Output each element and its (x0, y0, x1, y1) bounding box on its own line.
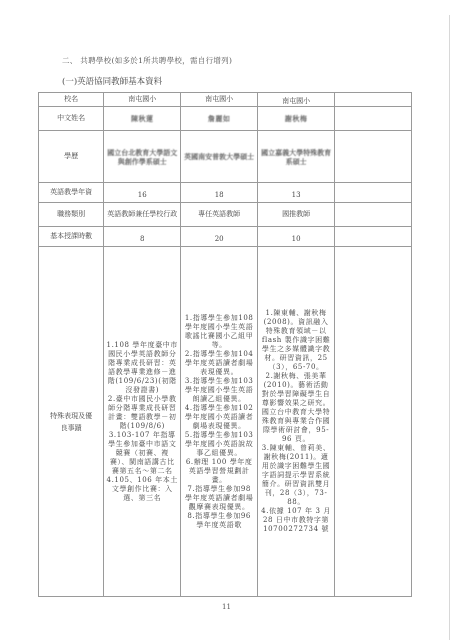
cell-achievements-2: 1.指導學生參加108 學年度國小學生英語歌謠比賽國小乙組甲等。 2.指導學生參… (181, 247, 258, 597)
cell-position-4 (335, 203, 412, 227)
achievement-item: 5.指導學生參加103 學年度國小英語說故事乙組優異。 (183, 431, 255, 458)
achievement-item: 3.指導學生參加103 學年度國小學生英語朗讀乙組優異。 (183, 377, 255, 404)
achievement-item: 1.陳東輔、謝秋梅(2008)。資訊融入特殊教育領域－以flash 製作識字困難… (260, 309, 332, 372)
row-school: 校名 南屯國小 南屯國小 南屯國小 (39, 93, 412, 107)
row-education: 學歷 國立台北教育大學語文與創作學系碩士 英國南安普敦大學碩士 國立嘉義大學特殊… (39, 131, 412, 183)
cell-hours-2: 20 (181, 227, 258, 247)
achievement-item: 1.指導學生參加108 學年度國小學生英語歌謠比賽國小乙組甲等。 (183, 314, 255, 350)
cell-school-1: 南屯國小 (104, 93, 181, 107)
cell-years-4 (335, 183, 412, 203)
cell-education-2: 英國南安普敦大學碩士 (181, 131, 258, 183)
teacher-info-table: 校名 南屯國小 南屯國小 南屯國小 中文姓名 陳秋蓮 詹麗如 謝秋梅 學歷 國立… (38, 92, 412, 597)
cell-position-1: 英語教師兼任學校行政 (104, 203, 181, 227)
achievement-item: 4.指導學生參加102 學年度國小英語讀者劇場表現優異。 (183, 404, 255, 431)
achievement-item: 6.辦理 100 學年度英語學習營規劃計畫。 (183, 458, 255, 485)
cell-school-3: 南屯國小 (258, 93, 335, 107)
achievement-item: 2.謝秋梅、張美華(2010)。藝術活動對於學習障礙學生自尊影響效果之研究。國立… (260, 372, 332, 444)
cell-achievements-4 (335, 247, 412, 597)
achievement-item: 3.陳東輔、曾莉美、謝秋梅(2011)。適用於識字困難學生國字語詞提示學習系統簡… (260, 444, 332, 507)
cell-hours-4 (335, 227, 412, 247)
cell-name-4 (335, 107, 412, 131)
label-achievements: 特殊表現及優良事蹟 (39, 247, 104, 597)
cell-education-4 (335, 131, 412, 183)
cell-name-2: 詹麗如 (181, 107, 258, 131)
achievement-item: 4.105、106 年本土文學創作比賽：入選、第三名 (106, 476, 178, 503)
row-achievements: 特殊表現及優良事蹟 1.108 學年度臺中市國民小學英語教師分階專業成長研習：英… (39, 247, 412, 597)
row-hours: 基本授課時數 8 20 10 (39, 227, 412, 247)
cell-years-1: 16 (104, 183, 181, 203)
row-name: 中文姓名 陳秋蓮 詹麗如 謝秋梅 (39, 107, 412, 131)
cell-position-2: 專任英語教師 (181, 203, 258, 227)
section-heading: 二、 共聘學校(如多於1所共聘學校，需自行增列) (62, 55, 232, 66)
cell-achievements-1: 1.108 學年度臺中市國民小學英語教師分階專業成長研習：英語教學專業進修－進階… (104, 247, 181, 597)
label-education: 學歷 (39, 131, 104, 183)
cell-name-3: 謝秋梅 (258, 107, 335, 131)
label-years: 英語教學年資 (39, 183, 104, 203)
cell-years-2: 18 (181, 183, 258, 203)
row-position: 職務類別 英語教師兼任學校行政 專任英語教師 國推教師 (39, 203, 412, 227)
cell-name-1: 陳秋蓮 (104, 107, 181, 131)
cell-years-3: 13 (258, 183, 335, 203)
page-edge-rule (449, 15, 450, 640)
cell-position-3: 國推教師 (258, 203, 335, 227)
cell-school-4 (335, 93, 412, 107)
sub-heading: (一)英語協同教師基本資料 (62, 75, 162, 87)
label-name: 中文姓名 (39, 107, 104, 131)
achievement-item: 2.臺中市國民小學教師分階專業成長研習計畫：雙語教學－初階(109/8/6) (106, 395, 178, 431)
label-school: 校名 (39, 93, 104, 107)
achievement-item: 3.103-107 年指導學生參加臺中市語文競賽（初賽、複賽）、閩南語講古比賽第… (106, 431, 178, 476)
achievement-item: 7.指導學生參加98 學年度英語讀者劇場觀摩賽表現優異。 (183, 485, 255, 512)
label-hours: 基本授課時數 (39, 227, 104, 247)
label-position: 職務類別 (39, 203, 104, 227)
cell-school-2: 南屯國小 (181, 93, 258, 107)
achievement-item: 4.依據 107 年 3 月 28 日中市教特字第 10700272734 號 (260, 507, 332, 534)
cell-education-3: 國立嘉義大學特殊教育系碩士 (258, 131, 335, 183)
achievement-item: 1.108 學年度臺中市國民小學英語教師分階專業成長研習：英語教學專業進修－進階… (106, 341, 178, 395)
achievement-item: 8.指導學生參加96 學年度英語歌 (183, 512, 255, 530)
cell-achievements-3: 1.陳東輔、謝秋梅(2008)。資訊融入特殊教育領域－以flash 製作識字困難… (258, 247, 335, 597)
row-years: 英語教學年資 16 18 13 (39, 183, 412, 203)
achievement-item: 2.指導學生參加104 學年度英語讀者劇場表現優異。 (183, 350, 255, 377)
cell-education-1: 國立台北教育大學語文與創作學系碩士 (104, 131, 181, 183)
page-number: 11 (222, 603, 231, 611)
cell-hours-1: 8 (104, 227, 181, 247)
cell-hours-3: 10 (258, 227, 335, 247)
